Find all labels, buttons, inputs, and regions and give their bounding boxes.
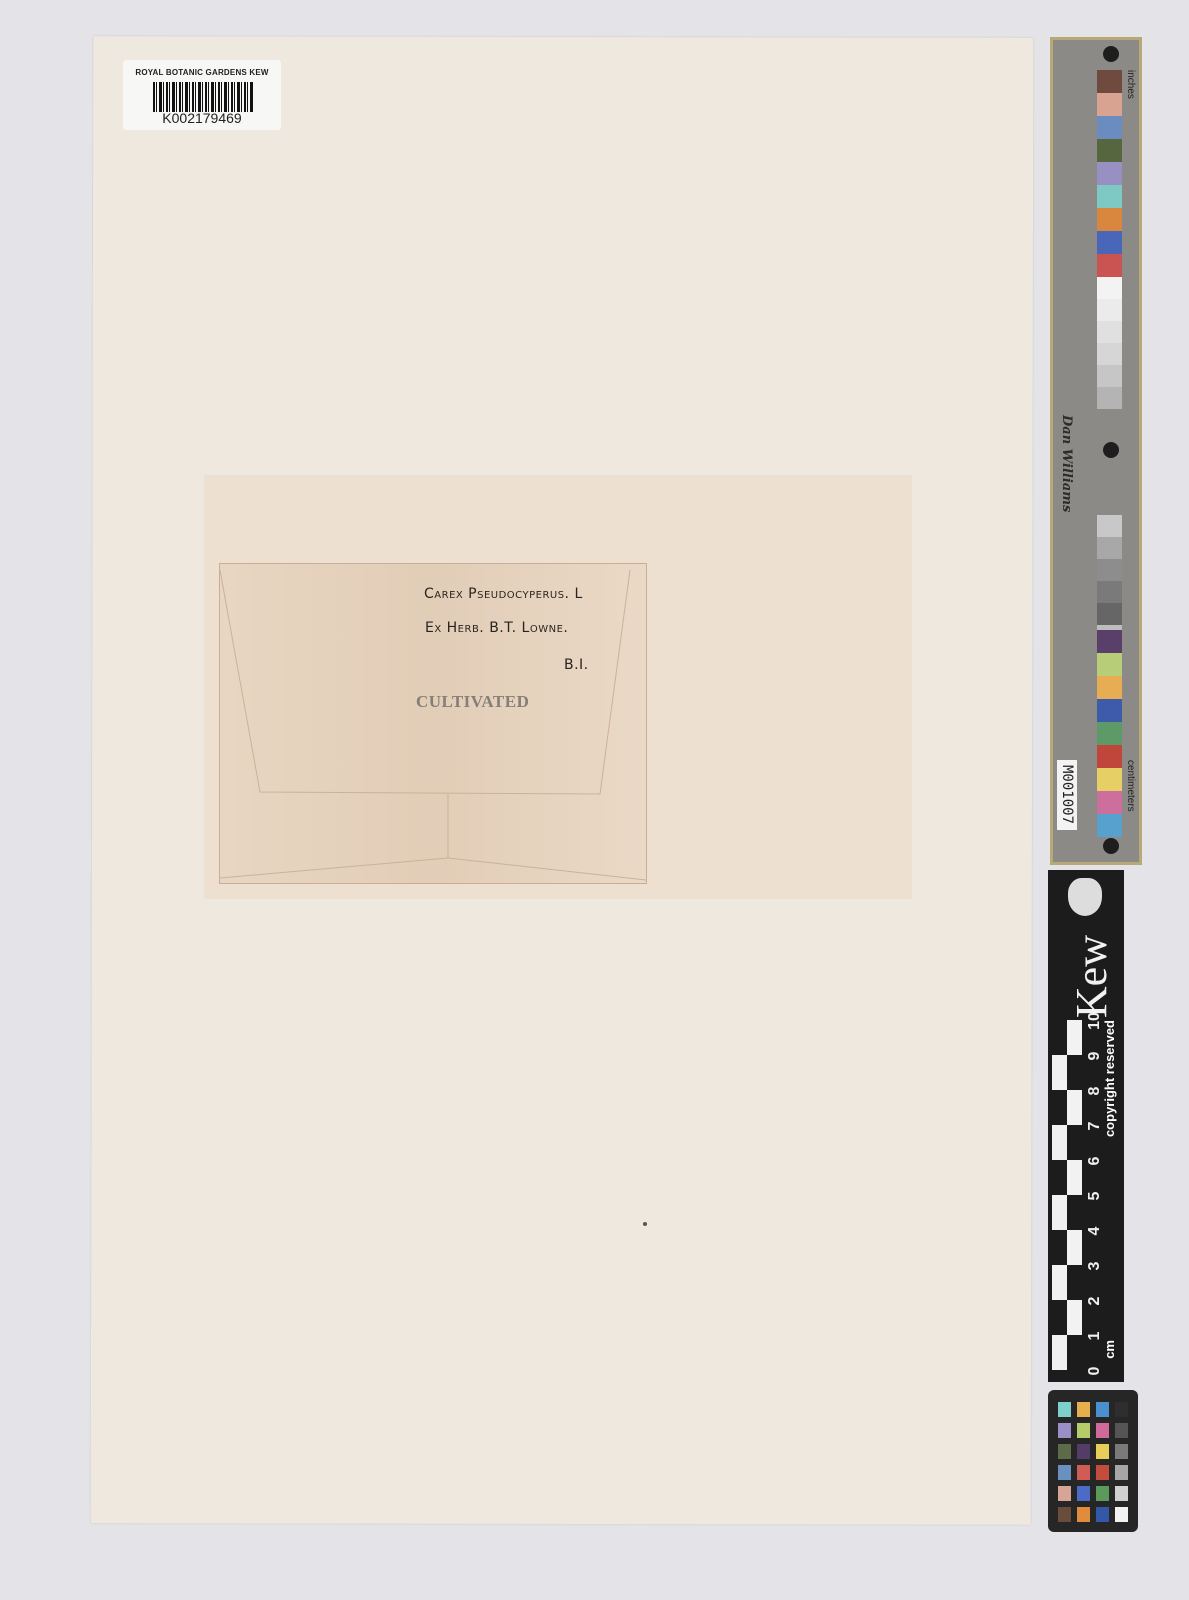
color-chip xyxy=(1058,1402,1071,1417)
color-chip xyxy=(1058,1444,1071,1459)
color-chip xyxy=(1115,1444,1128,1459)
color-chip xyxy=(1115,1423,1128,1438)
color-chip xyxy=(1096,1423,1109,1438)
ruler-brand: Dan Williams xyxy=(1059,415,1074,512)
color-swatch xyxy=(1097,814,1122,837)
institution-name: ROYAL BOTANIC GARDENS KEW xyxy=(123,68,281,77)
color-checker-card xyxy=(1048,1390,1138,1532)
unit-centimeters: centimeters xyxy=(1125,760,1136,812)
color-chip xyxy=(1077,1402,1090,1417)
color-swatch xyxy=(1097,162,1122,185)
envelope-fold-lines xyxy=(220,564,646,883)
copyright-text: copyright reserved xyxy=(1102,1020,1117,1137)
color-chip xyxy=(1096,1486,1109,1501)
color-chip xyxy=(1115,1465,1128,1480)
scale-tick-label: 6 xyxy=(1086,1150,1104,1172)
scale-tick-label: 4 xyxy=(1086,1220,1104,1242)
barcode-label: ROYAL BOTANIC GARDENS KEW K002179469 xyxy=(123,60,281,130)
color-chip xyxy=(1096,1444,1109,1459)
scale-block xyxy=(1067,1090,1082,1125)
scale-block xyxy=(1067,1160,1082,1195)
color-swatch xyxy=(1097,277,1122,299)
color-swatch xyxy=(1097,93,1122,116)
color-swatch xyxy=(1097,116,1122,139)
color-swatch xyxy=(1097,559,1122,581)
color-chip xyxy=(1115,1486,1128,1501)
color-swatch xyxy=(1097,745,1122,768)
scale-tick-label: 3 xyxy=(1086,1255,1104,1277)
ruler-id: M001007 xyxy=(1057,760,1077,830)
color-chip xyxy=(1115,1507,1128,1522)
region-code: B.I. xyxy=(564,657,589,673)
color-swatch xyxy=(1097,365,1122,387)
color-swatch xyxy=(1097,537,1122,559)
taxon-name: Carex Pseudocyperus. L xyxy=(424,586,583,602)
scale-block xyxy=(1052,1335,1067,1370)
color-swatch xyxy=(1097,343,1122,365)
color-swatch xyxy=(1097,768,1122,791)
color-chip xyxy=(1077,1465,1090,1480)
scale-block xyxy=(1052,1055,1067,1090)
color-chip xyxy=(1077,1423,1090,1438)
color-swatch xyxy=(1097,185,1122,208)
color-swatch xyxy=(1097,70,1122,93)
scale-tick-label: 2 xyxy=(1086,1290,1104,1312)
color-chip xyxy=(1077,1486,1090,1501)
color-chip xyxy=(1096,1402,1109,1417)
color-chip xyxy=(1077,1444,1090,1459)
color-chip xyxy=(1096,1465,1109,1480)
color-swatch xyxy=(1097,699,1122,722)
color-swatch xyxy=(1097,722,1122,745)
debris-speck xyxy=(643,1222,647,1226)
color-swatch xyxy=(1097,581,1122,603)
kew-scale-bar: Kew 012345678910 copyright reserved cm xyxy=(1048,870,1124,1382)
color-swatch xyxy=(1097,299,1122,321)
herbarium-source: Ex Herb. B.T. Lowne. xyxy=(425,620,568,636)
specimen-envelope: Carex Pseudocyperus. L Ex Herb. B.T. Low… xyxy=(219,563,647,884)
color-swatch xyxy=(1097,208,1122,231)
scale-block xyxy=(1052,1265,1067,1300)
scale-block xyxy=(1052,1195,1067,1230)
color-swatch xyxy=(1097,653,1122,676)
color-swatch xyxy=(1097,791,1122,814)
scale-block xyxy=(1067,1230,1082,1265)
color-chip xyxy=(1058,1507,1071,1522)
color-swatch xyxy=(1097,139,1122,162)
scale-block xyxy=(1067,1020,1082,1055)
barcode-icon xyxy=(153,82,253,112)
color-swatch xyxy=(1097,254,1122,277)
color-chip xyxy=(1115,1402,1128,1417)
scale-unit: cm xyxy=(1102,1340,1117,1359)
kew-logo: Kew xyxy=(1066,935,1117,1018)
ruler-hole-bottom xyxy=(1103,838,1119,854)
ruler-hole-middle xyxy=(1103,442,1119,458)
cultivated-stamp: CULTIVATED xyxy=(416,692,529,712)
kew-crest-icon xyxy=(1068,878,1102,916)
color-swatch xyxy=(1097,231,1122,254)
scale-block xyxy=(1052,1125,1067,1160)
color-calibration-ruler: inches centimeters Dan Williams M001007 xyxy=(1050,37,1142,865)
color-swatch xyxy=(1097,630,1122,653)
color-swatch xyxy=(1097,603,1122,625)
color-swatch xyxy=(1097,387,1122,409)
barcode-number: K002179469 xyxy=(123,110,281,126)
color-chip xyxy=(1058,1423,1071,1438)
color-swatch xyxy=(1097,321,1122,343)
scale-tick-label: 5 xyxy=(1086,1185,1104,1207)
color-chip xyxy=(1077,1507,1090,1522)
color-chip xyxy=(1058,1465,1071,1480)
unit-inches: inches xyxy=(1125,70,1136,99)
color-swatch xyxy=(1097,676,1122,699)
color-swatch xyxy=(1097,515,1122,537)
scale-checker xyxy=(1052,1020,1082,1372)
color-chip xyxy=(1058,1486,1071,1501)
color-chip xyxy=(1096,1507,1109,1522)
scale-tick-label: 0 xyxy=(1086,1360,1104,1382)
ruler-hole-top xyxy=(1103,46,1119,62)
scale-block xyxy=(1067,1300,1082,1335)
